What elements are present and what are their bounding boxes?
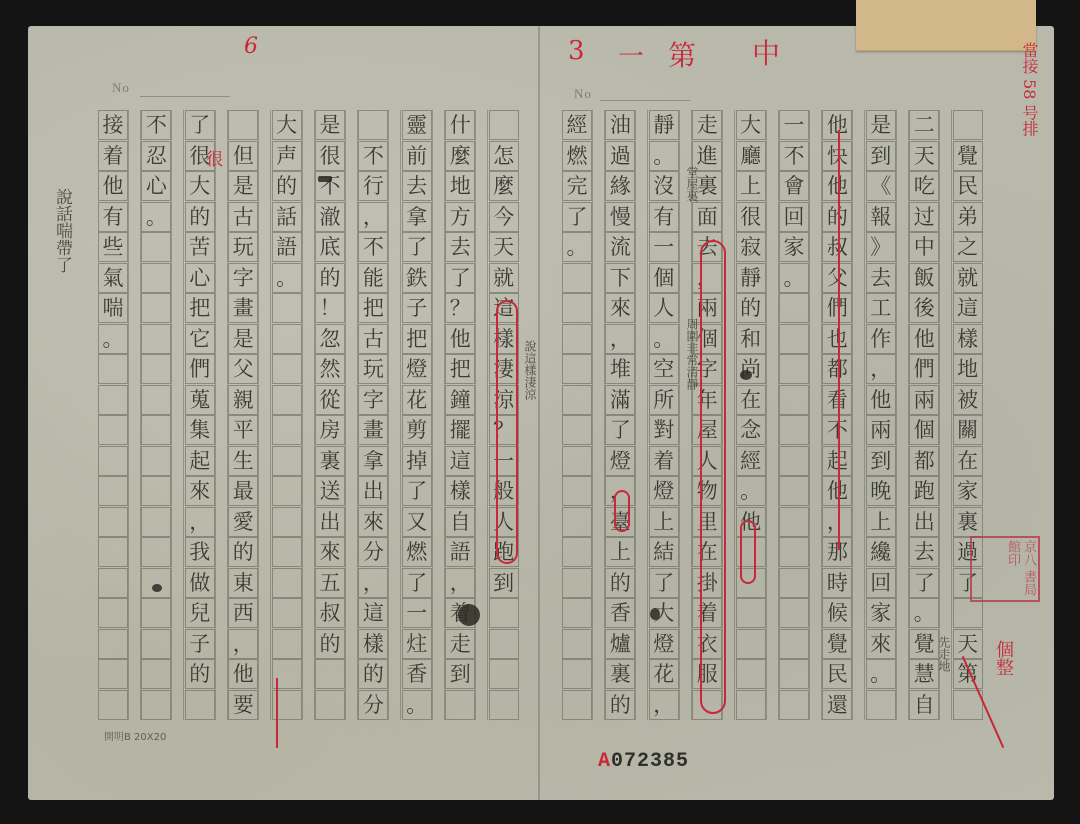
right-column-3: 是到《報》去工作，他兩到晚上纔回家來。	[866, 110, 896, 720]
manuscript-char	[489, 659, 519, 689]
right-column-2: 二天吃过中飯後他們兩個都跑出去了。覺慧自	[909, 110, 939, 720]
manuscript-char: 家	[779, 232, 809, 262]
manuscript-char: 是	[228, 171, 258, 201]
manuscript-char	[562, 293, 592, 323]
manuscript-char: 最	[228, 476, 258, 506]
serial-prefix: A	[598, 750, 611, 773]
manuscript-char	[98, 598, 128, 628]
manuscript-char	[562, 446, 592, 476]
manuscript-char: 很	[736, 202, 766, 232]
manuscript-char: 。	[562, 232, 592, 262]
manuscript-char	[272, 354, 302, 384]
manuscript-char	[736, 690, 766, 720]
red-correction-hen: 很	[200, 150, 225, 167]
manuscript-char	[953, 598, 983, 628]
manuscript-char: 。	[141, 202, 171, 232]
manuscript-char	[358, 110, 388, 140]
manuscript-char: 古	[358, 324, 388, 354]
column-gutter	[171, 110, 184, 720]
manuscript-char: 接	[98, 110, 128, 140]
manuscript-char: 底	[315, 232, 345, 262]
manuscript-char	[489, 598, 519, 628]
manuscript-char: 們	[185, 354, 215, 384]
column-gutter	[128, 110, 141, 720]
manuscript-char	[272, 385, 302, 415]
manuscript-char: 去	[866, 263, 896, 293]
manuscript-char: 家	[866, 598, 896, 628]
margin-red-note: 當接 58 号排	[1020, 42, 1038, 137]
manuscript-char: 集	[185, 415, 215, 445]
manuscript-char	[98, 354, 128, 384]
manuscript-char	[779, 293, 809, 323]
manuscript-char: 字	[358, 385, 388, 415]
manuscript-char: 語	[445, 537, 475, 567]
manuscript-char	[562, 415, 592, 445]
manuscript-char: 民	[822, 659, 852, 689]
manuscript-char: 天	[953, 629, 983, 659]
manuscript-char: 來	[605, 293, 635, 323]
manuscript-char: 第	[953, 659, 983, 689]
manuscript-char: 飯	[909, 263, 939, 293]
manuscript-char: 上	[649, 507, 679, 537]
manuscript-char: 就	[489, 263, 519, 293]
manuscript-char	[779, 476, 809, 506]
manuscript-char: 下	[605, 263, 635, 293]
manuscript-char: 着	[98, 141, 128, 171]
manuscript-char: 燃	[402, 537, 432, 567]
manuscript-char: 的	[605, 690, 635, 720]
manuscript-char: 了	[402, 476, 432, 506]
manuscript-char: 靜	[736, 263, 766, 293]
manuscript-char: 們	[909, 354, 939, 384]
manuscript-char: ，	[445, 568, 475, 598]
manuscript-char: 經	[736, 446, 766, 476]
column-gutter	[592, 110, 605, 720]
manuscript-char: 上	[866, 507, 896, 537]
left-margin-pencil-note: 說話喘帶了	[52, 188, 72, 273]
manuscript-char: 不	[141, 110, 171, 140]
manuscript-char: 不	[779, 141, 809, 171]
manuscript-char: 着	[649, 446, 679, 476]
manuscript-char: 靈	[402, 110, 432, 140]
manuscript-char: 香	[402, 659, 432, 689]
manuscript-char: 要	[228, 690, 258, 720]
manuscript-char	[779, 659, 809, 689]
manuscript-char: 氣	[98, 263, 128, 293]
manuscript-char: 。	[909, 598, 939, 628]
manuscript-char: 的	[185, 202, 215, 232]
manuscript-char	[779, 568, 809, 598]
manuscript-char: 了	[649, 568, 679, 598]
manuscript-char: 做	[185, 568, 215, 598]
manuscript-char: 玩	[358, 354, 388, 384]
manuscript-char: 房	[315, 415, 345, 445]
manuscript-char: 沒	[649, 171, 679, 201]
manuscript-char	[779, 507, 809, 537]
right-column-5: 一不會回家。	[779, 110, 809, 720]
no-underline-right	[600, 100, 690, 101]
manuscript-char	[141, 507, 171, 537]
manuscript-char: 走	[692, 110, 722, 140]
manuscript-char	[562, 629, 592, 659]
left-column-9: 不忍心。	[141, 110, 171, 720]
manuscript-char: 但	[228, 141, 258, 171]
no-label-right: No	[574, 86, 592, 102]
manuscript-char: 來	[315, 537, 345, 567]
manuscript-char: 了	[402, 568, 432, 598]
manuscript-char: 的	[736, 293, 766, 323]
red-deletion-line-1	[838, 130, 840, 550]
left-column-7: 但是古玩字畫是父親平生最愛的東西，他要	[228, 110, 258, 720]
manuscript-char	[272, 415, 302, 445]
manuscript-char	[779, 598, 809, 628]
right-column-10: 經燃完了。	[562, 110, 592, 720]
manuscript-char: 關	[953, 415, 983, 445]
manuscript-char: 來	[185, 476, 215, 506]
manuscript-char: 面	[692, 202, 722, 232]
column-gutter	[345, 110, 358, 720]
manuscript-char	[228, 110, 258, 140]
manuscript-char: ，	[228, 629, 258, 659]
manuscript-char: 時	[822, 568, 852, 598]
manuscript-char: 去	[402, 171, 432, 201]
manuscript-char: 擺	[445, 415, 475, 445]
manuscript-char	[141, 568, 171, 598]
manuscript-char	[562, 324, 592, 354]
manuscript-char: 鉄	[402, 263, 432, 293]
manuscript-char: 作	[866, 324, 896, 354]
manuscript-char: 地	[953, 354, 983, 384]
manuscript-char	[489, 690, 519, 720]
manuscript-char	[141, 324, 171, 354]
column-gutter	[852, 110, 865, 720]
manuscript-char: 自	[445, 507, 475, 537]
manuscript-char: 個	[909, 415, 939, 445]
manuscript-char: 出	[315, 507, 345, 537]
manuscript-char	[315, 690, 345, 720]
manuscript-char: 他	[909, 324, 939, 354]
adhesive-tape	[856, 0, 1036, 51]
manuscript-char: 燈	[649, 476, 679, 506]
center-fold-line	[538, 26, 540, 800]
manuscript-char	[779, 537, 809, 567]
manuscript-char	[779, 415, 809, 445]
manuscript-char: 的	[605, 568, 635, 598]
manuscript-char: 家	[953, 476, 983, 506]
manuscript-char	[141, 232, 171, 262]
manuscript-char: 花	[649, 659, 679, 689]
right-column-1: 覺民弟之就這樣地被關在家裏過了天第	[953, 110, 983, 720]
manuscript-char: 緣	[605, 171, 635, 201]
manuscript-char: 西	[228, 598, 258, 628]
column-gutter	[432, 110, 445, 720]
red-mark-3: 3	[568, 36, 585, 66]
manuscript-char: 子	[402, 293, 432, 323]
column-gutter	[635, 110, 648, 720]
manuscript-char	[141, 354, 171, 384]
manuscript-char	[779, 690, 809, 720]
manuscript-char: 覺	[909, 629, 939, 659]
manuscript-char	[445, 690, 475, 720]
manuscript-char: 一	[779, 110, 809, 140]
manuscript-char: 堆	[605, 354, 635, 384]
manuscript-char: 了	[445, 263, 475, 293]
right-column-8: 靜。沒有一個人。空所對着燈上結了大燈花，	[649, 110, 679, 720]
column-gutter	[215, 110, 228, 720]
manuscript-char: 語	[272, 232, 302, 262]
manuscript-char: 大	[185, 171, 215, 201]
manuscript-char: 去	[445, 232, 475, 262]
manuscript-char	[98, 507, 128, 537]
column-gutter	[302, 110, 315, 720]
manuscript-char: 忽	[315, 324, 345, 354]
paper-spec-label: 開明B 20X20	[104, 728, 166, 743]
manuscript-char: 大	[736, 110, 766, 140]
manuscript-char: 是	[315, 110, 345, 140]
manuscript-char: 和	[736, 324, 766, 354]
red-seal-stamp: 京八 書局 館印	[970, 536, 1040, 602]
manuscript-char: 尚	[736, 354, 766, 384]
manuscript-char: 完	[562, 171, 592, 201]
manuscript-char: 候	[822, 598, 852, 628]
manuscript-char: 《	[866, 171, 896, 201]
manuscript-char	[489, 629, 519, 659]
manuscript-char: 樣	[445, 476, 475, 506]
manuscript-char: 叔	[315, 598, 345, 628]
manuscript-char: 來	[358, 507, 388, 537]
manuscript-char: 喘	[98, 293, 128, 323]
manuscript-char: 會	[779, 171, 809, 201]
manuscript-char: 剪	[402, 415, 432, 445]
manuscript-char: 平	[228, 415, 258, 445]
manuscript-char	[272, 537, 302, 567]
manuscript-char: 澈	[315, 202, 345, 232]
manuscript-char: 它	[185, 324, 215, 354]
manuscript-char: 不	[358, 141, 388, 171]
manuscript-char: 兩	[909, 385, 939, 415]
manuscript-char	[562, 598, 592, 628]
manuscript-char	[779, 629, 809, 659]
manuscript-char	[141, 293, 171, 323]
manuscript-char	[141, 659, 171, 689]
manuscript-char	[736, 598, 766, 628]
red-mark-zhong: 中	[752, 32, 780, 72]
manuscript-char: 能	[358, 263, 388, 293]
interlinear-note-3: 堂屋裏	[684, 166, 701, 202]
manuscript-char	[98, 415, 128, 445]
serial-digits: 072385	[611, 750, 689, 773]
manuscript-char	[98, 537, 128, 567]
manuscript-char: 忍	[141, 141, 171, 171]
left-column-10: 接着他有些氣喘。	[98, 110, 128, 720]
manuscript-char: 的	[315, 263, 345, 293]
manuscript-char: 天	[909, 141, 939, 171]
manuscript-char	[562, 507, 592, 537]
manuscript-char: 畫	[228, 293, 258, 323]
manuscript-char: 送	[315, 476, 345, 506]
manuscript-char: 声	[272, 141, 302, 171]
stamp-line-3: 館印	[1005, 540, 1020, 566]
manuscript-char: 在	[736, 385, 766, 415]
manuscript-char: 前	[402, 141, 432, 171]
manuscript-char: 廳	[736, 141, 766, 171]
manuscript-char	[98, 629, 128, 659]
manuscript-char: 今	[489, 202, 519, 232]
manuscript-char: 的	[315, 629, 345, 659]
manuscript-char: 把	[185, 293, 215, 323]
manuscript-char	[736, 659, 766, 689]
manuscript-char: 起	[185, 446, 215, 476]
manuscript-char: 是	[228, 324, 258, 354]
manuscript-char: 的	[185, 659, 215, 689]
manuscript-char	[98, 659, 128, 689]
manuscript-char: 親	[228, 385, 258, 415]
right-column-6: 大廳上很寂靜的和尚在念經。他	[736, 110, 766, 720]
red-mark-yi: 一	[618, 36, 644, 73]
manuscript-char: 行	[358, 171, 388, 201]
manuscript-char: 這	[358, 598, 388, 628]
manuscript-char: 油	[605, 110, 635, 140]
manuscript-char: 到	[866, 141, 896, 171]
manuscript-char: 民	[953, 171, 983, 201]
manuscript-char: 炷	[402, 629, 432, 659]
manuscript-char: 去	[909, 537, 939, 567]
manuscript-char: 樣	[953, 324, 983, 354]
left-column-2: 什麼地方去了？他把鐘擺這樣自語，着走到	[445, 110, 475, 720]
manuscript-char: 把	[445, 354, 475, 384]
manuscript-char: 上	[736, 171, 766, 201]
manuscript-char: 靜	[649, 110, 679, 140]
manuscript-char: 到	[445, 659, 475, 689]
manuscript-char: 燈	[402, 354, 432, 384]
left-column-3: 靈前去拿了鉄子把燈花剪掉了又燃了一炷香。	[402, 110, 432, 720]
manuscript-char: ，	[358, 568, 388, 598]
ink-blot-2	[458, 604, 480, 626]
manuscript-char	[736, 629, 766, 659]
manuscript-char: 香	[605, 598, 635, 628]
manuscript-char: 掉	[402, 446, 432, 476]
manuscript-char: 空	[649, 354, 679, 384]
manuscript-char: 花	[402, 385, 432, 415]
manuscript-char: 方	[445, 202, 475, 232]
manuscript-char: 什	[445, 110, 475, 140]
no-label-left: No	[112, 80, 130, 96]
manuscript-char: 很	[315, 141, 345, 171]
manuscript-char: 麼	[489, 171, 519, 201]
manuscript-char	[141, 629, 171, 659]
manuscript-char: 》	[866, 232, 896, 262]
manuscript-char: ？	[445, 293, 475, 323]
manuscript-char: 一	[649, 232, 679, 262]
manuscript-char: 然	[315, 354, 345, 384]
manuscript-char	[779, 446, 809, 476]
manuscript-char: 怎	[489, 141, 519, 171]
manuscript-char: 玩	[228, 232, 258, 262]
manuscript-char	[141, 690, 171, 720]
manuscript-char: 麼	[445, 141, 475, 171]
manuscript-char: 。	[649, 324, 679, 354]
manuscript-char: 五	[315, 568, 345, 598]
red-insert-mark	[276, 678, 278, 748]
manuscript-char: 的	[228, 537, 258, 567]
manuscript-char	[562, 568, 592, 598]
manuscript-char	[141, 446, 171, 476]
manuscript-char: 古	[228, 202, 258, 232]
manuscript-char: 心	[141, 171, 171, 201]
manuscript-char: 把	[358, 293, 388, 323]
column-gutter	[809, 110, 822, 720]
manuscript-char: 念	[736, 415, 766, 445]
manuscript-char: 跑	[909, 476, 939, 506]
manuscript-char: ，	[605, 324, 635, 354]
manuscript-char: 經	[562, 110, 592, 140]
manuscript-char	[562, 537, 592, 567]
manuscript-char: 不	[358, 232, 388, 262]
manuscript-char	[98, 476, 128, 506]
manuscript-char: 中	[909, 232, 939, 262]
manuscript-char: 流	[605, 232, 635, 262]
manuscript-char: 苦	[185, 232, 215, 262]
manuscript-char	[562, 263, 592, 293]
manuscript-char: 愛	[228, 507, 258, 537]
manuscript-char	[315, 659, 345, 689]
manuscript-char	[562, 659, 592, 689]
manuscript-char: 吃	[909, 171, 939, 201]
ink-blot-4	[650, 608, 660, 620]
left-column-5: 是很不澈底的！忽然從房裏送出來五叔的	[315, 110, 345, 720]
manuscript-char	[272, 629, 302, 659]
manuscript-char: 報	[866, 202, 896, 232]
manuscript-char: 寂	[736, 232, 766, 262]
manuscript-char	[141, 415, 171, 445]
ink-blot-3	[740, 370, 752, 380]
right-column-9: 油過緣慢流下來，堆滿了燈，臺上的香爐裏的	[605, 110, 635, 720]
manuscript-char	[562, 385, 592, 415]
manuscript-char: 個	[649, 263, 679, 293]
manuscript-char: 就	[953, 263, 983, 293]
manuscript-char: 裏	[605, 659, 635, 689]
left-column-4: 不行，不能把古玩字畫拿出來分，這樣的分	[358, 110, 388, 720]
manuscript-char: 到	[489, 568, 519, 598]
manuscript-char: 到	[866, 446, 896, 476]
manuscript-char	[141, 598, 171, 628]
manuscript-char: 都	[909, 446, 939, 476]
manuscript-char: 畫	[358, 415, 388, 445]
ink-blot-5	[152, 584, 162, 592]
manuscript-char: 了	[909, 568, 939, 598]
manuscript-char: 回	[866, 568, 896, 598]
manuscript-char: 燈	[605, 446, 635, 476]
manuscript-char: 這	[953, 293, 983, 323]
manuscript-char: 來	[866, 629, 896, 659]
red-note-bottom-right: 個整	[990, 640, 1016, 676]
manuscript-char: 。	[272, 263, 302, 293]
manuscript-char: ！	[315, 293, 345, 323]
manuscript-char	[562, 476, 592, 506]
manuscript-char: 自	[909, 690, 939, 720]
manuscript-char	[272, 568, 302, 598]
manuscript-char: ，	[185, 507, 215, 537]
manuscript-char: 覺	[953, 141, 983, 171]
manuscript-char: 結	[649, 537, 679, 567]
manuscript-char: 話	[272, 202, 302, 232]
manuscript-char: 拿	[402, 202, 432, 232]
manuscript-char: 滿	[605, 385, 635, 415]
manuscript-char	[779, 324, 809, 354]
manuscript-char: ，	[866, 354, 896, 384]
manuscript-char: ，	[358, 202, 388, 232]
manuscript-char	[562, 690, 592, 720]
